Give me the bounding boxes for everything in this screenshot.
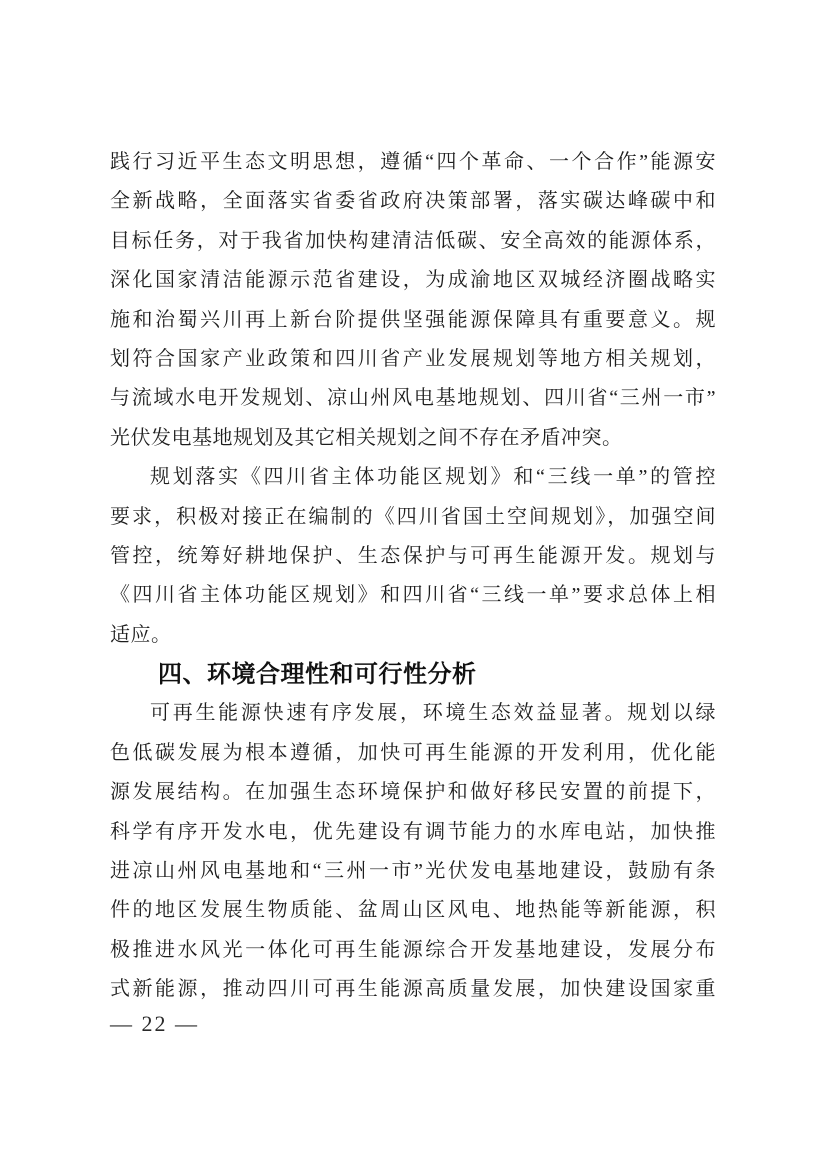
text-line: 践行习近平生态文明思想，遵循“四个革命、一个合作”能源安: [110, 143, 716, 182]
text-line: 管控，统筹好耕地保护、生态保护与可再生能源开发。规划与: [110, 537, 716, 576]
paragraph: 践行习近平生态文明思想，遵循“四个革命、一个合作”能源安全新战略，全面落实省委省…: [110, 143, 716, 458]
text-line: 适应。: [110, 616, 716, 655]
text-line: 深化国家清洁能源示范省建设，为成渝地区双城经济圈战略实: [110, 261, 716, 300]
paragraph: 规划落实《四川省主体功能区规划》和“三线一单”的管控要求，积极对接正在编制的《四…: [110, 458, 716, 655]
text-line: 可再生能源快速有序发展，环境生态效益显著。规划以绿: [110, 694, 716, 733]
text-line: 色低碳发展为根本遵循，加快可再生能源的开发利用，优化能: [110, 734, 716, 773]
text-line: 全新战略，全面落实省委省政府决策部署，落实碳达峰碳中和: [110, 182, 716, 221]
text-line: 与流域水电开发规划、凉山州风电基地规划、四川省“三州一市”: [110, 379, 716, 418]
text-line: 式新能源，推动四川可再生能源高质量发展，加快建设国家重: [110, 970, 716, 1009]
text-line: 目标任务，对于我省加快构建清洁低碳、安全高效的能源体系，: [110, 222, 716, 261]
text-line: 进凉山州风电基地和“三州一市”光伏发电基地建设，鼓励有条: [110, 852, 716, 891]
text-line: 极推进水风光一体化可再生能源综合开发基地建设，发展分布: [110, 931, 716, 970]
text-line: 光伏发电基地规划及其它相关规划之间不存在矛盾冲突。: [110, 419, 716, 458]
text-line: 件的地区发展生物质能、盆周山区风电、地热能等新能源，积: [110, 891, 716, 930]
paragraph: 可再生能源快速有序发展，环境生态效益显著。规划以绿色低碳发展为根本遵循，加快可再…: [110, 694, 716, 1009]
text-line: 要求，积极对接正在编制的《四川省国土空间规划》，加强空间: [110, 498, 716, 537]
page-number: — 22 —: [110, 1008, 199, 1040]
text-line: 划符合国家产业政策和四川省产业发展规划等地方相关规划，: [110, 340, 716, 379]
text-line: 源发展结构。在加强生态环境保护和做好移民安置的前提下，: [110, 773, 716, 812]
heading-line: 四、环境合理性和可行性分析: [110, 655, 716, 694]
text-line: 《四川省主体功能区规划》和四川省“三线一单”要求总体上相: [110, 576, 716, 615]
text-line: 科学有序开发水电，优先建设有调节能力的水库电站，加快推: [110, 813, 716, 852]
text-block: 践行习近平生态文明思想，遵循“四个革命、一个合作”能源安全新战略，全面落实省委省…: [110, 143, 716, 1010]
section-heading: 四、环境合理性和可行性分析: [110, 655, 716, 694]
document-page: 践行习近平生态文明思想，遵循“四个革命、一个合作”能源安全新战略，全面落实省委省…: [0, 0, 826, 1169]
text-line: 规划落实《四川省主体功能区规划》和“三线一单”的管控: [110, 458, 716, 497]
text-line: 施和治蜀兴川再上新台阶提供坚强能源保障具有重要意义。规: [110, 301, 716, 340]
